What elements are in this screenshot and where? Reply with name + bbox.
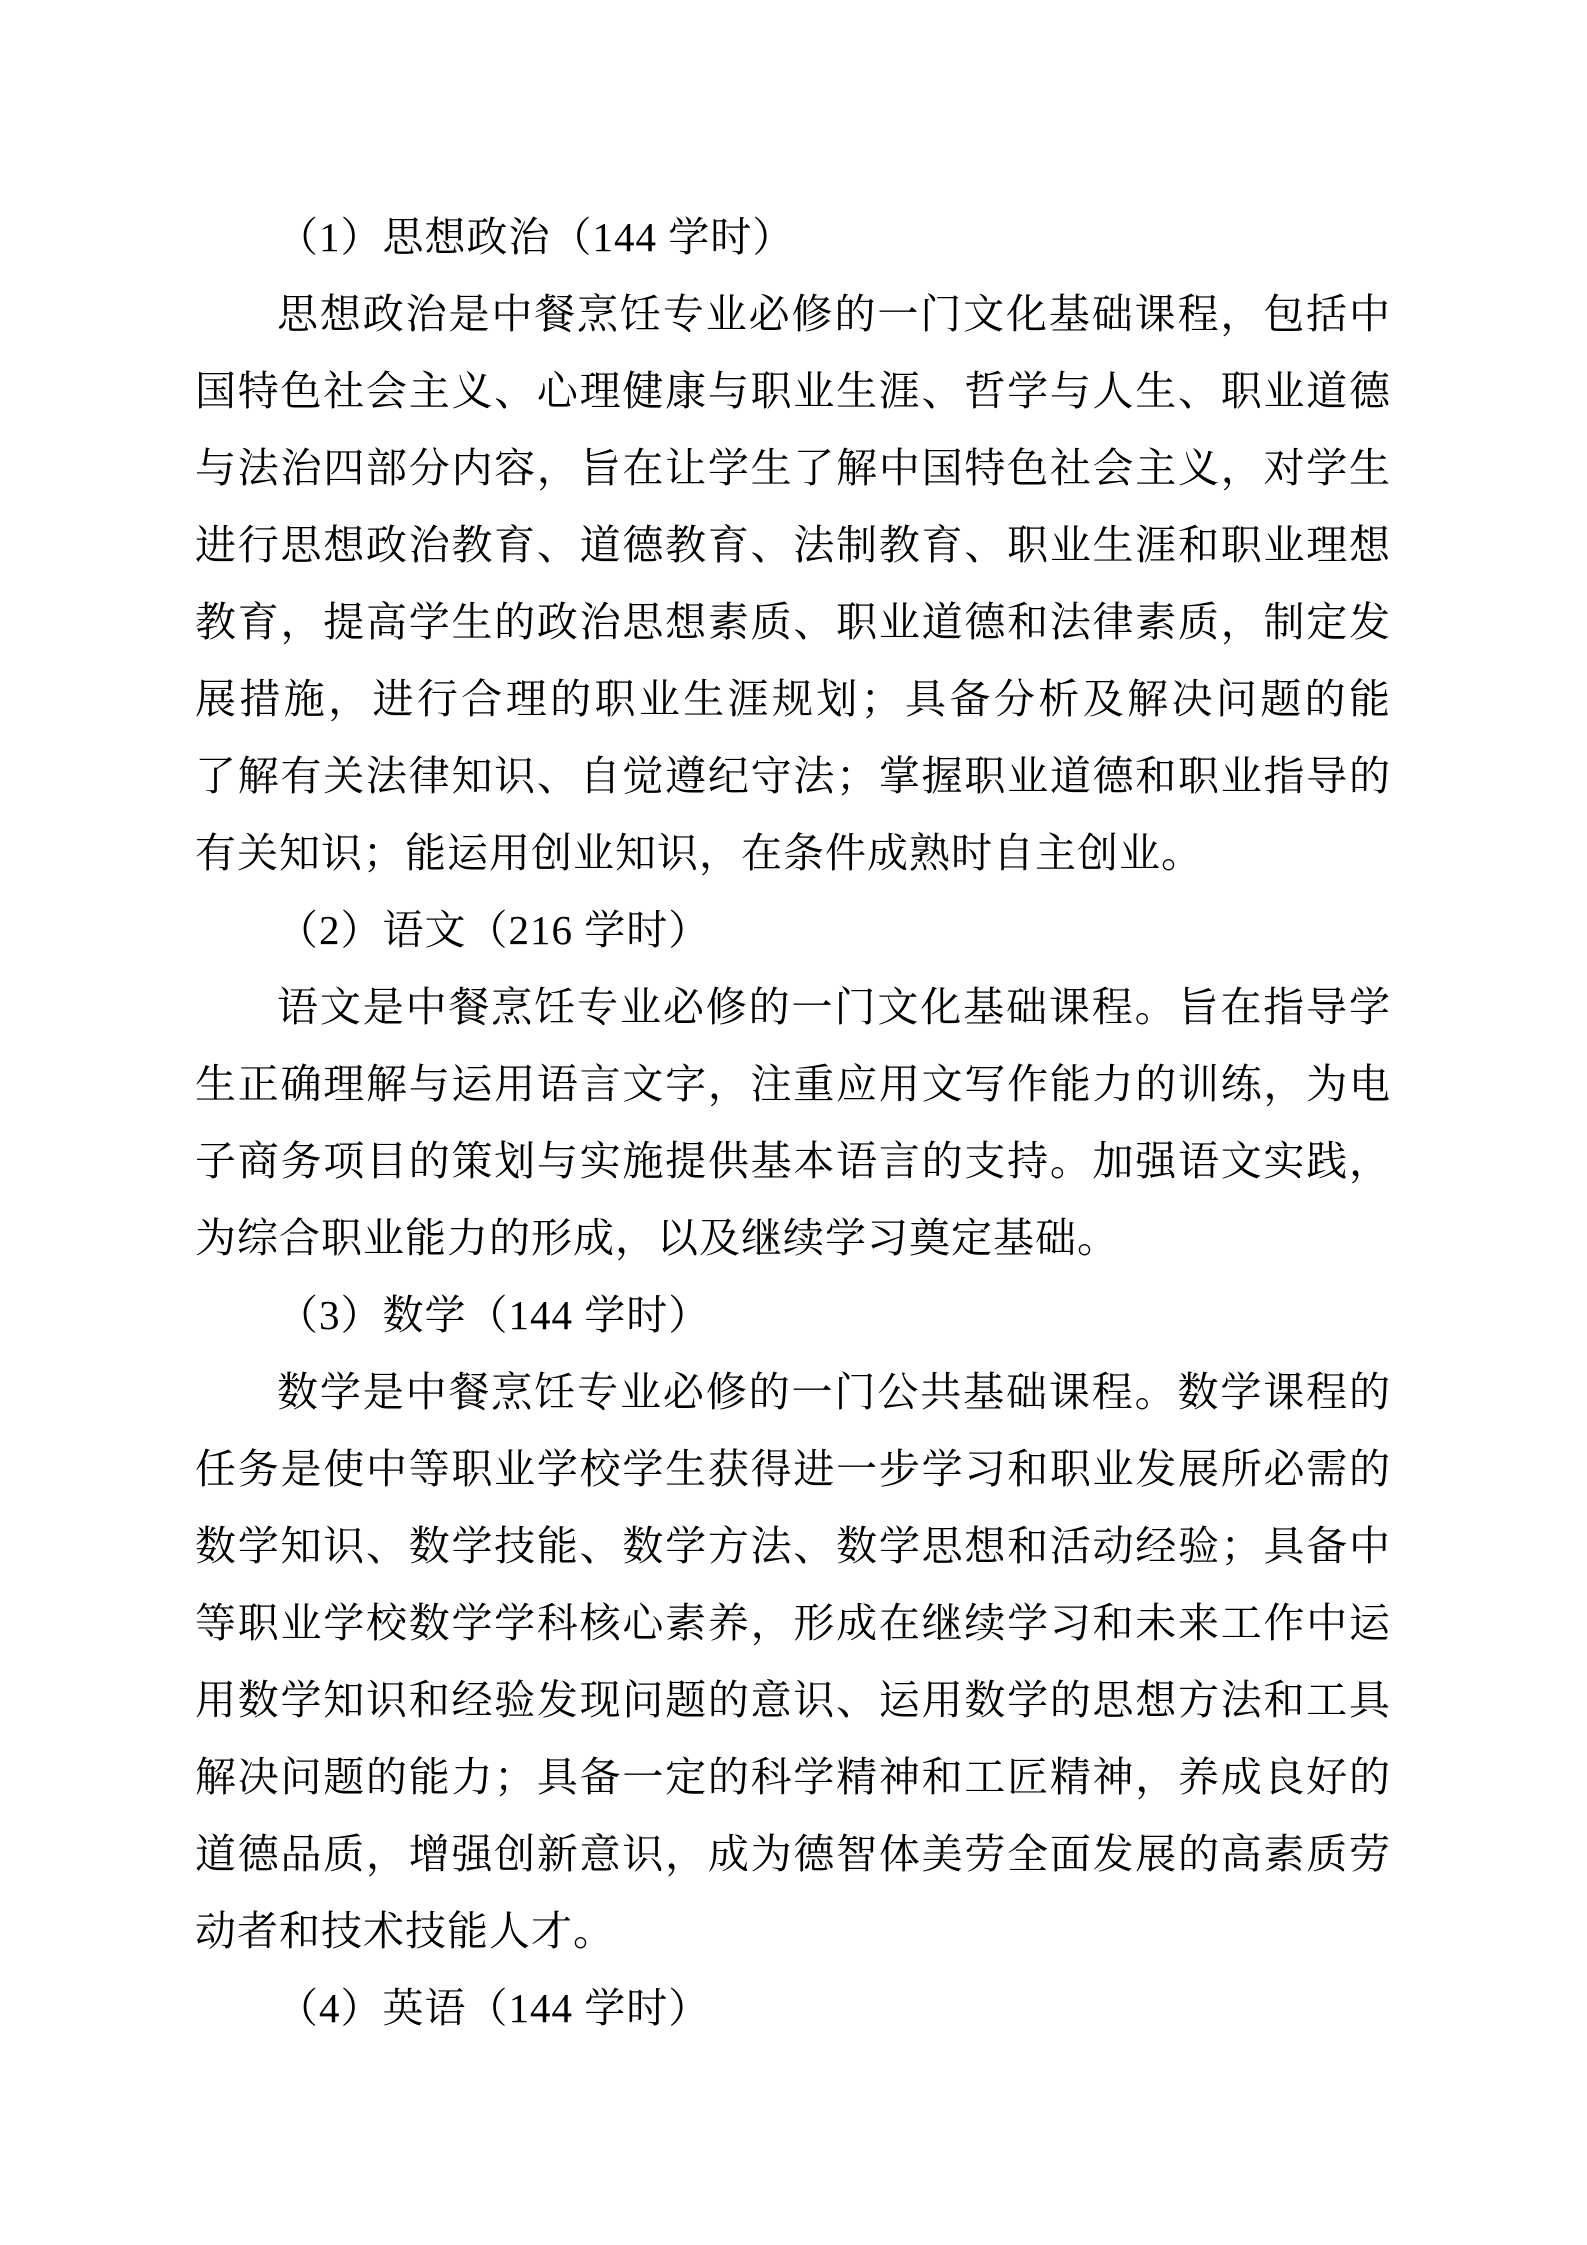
paragraph-line: 道德品质，增强创新意识，成为德智体美劳全面发展的高素质劳 (195, 1816, 1391, 1893)
paragraph-line: 数学知识、数学技能、数学方法、数学思想和活动经验；具备中 (195, 1508, 1391, 1585)
paragraph-line: 任务是使中等职业学校学生获得进一步学习和职业发展所必需的 (195, 1431, 1391, 1508)
paragraph-line: 数学是中餐烹饪专业必修的一门公共基础课程。数学课程的 (195, 1354, 1391, 1431)
paragraph-line: 国特色社会主义、心理健康与职业生涯、哲学与人生、职业道德 (195, 353, 1391, 430)
course-heading: （1）思想政治（144 学时） (195, 199, 1391, 276)
document-page: （1）思想政治（144 学时） 思想政治是中餐烹饪专业必修的一门文化基础课程，包… (0, 0, 1587, 2245)
section-shuxue: （3）数学（144 学时） 数学是中餐烹饪专业必修的一门公共基础课程。数学课程的… (195, 1277, 1391, 1970)
section-yingyu: （4）英语（144 学时） (195, 1970, 1391, 2047)
paragraph-line: 等职业学校数学学科核心素养，形成在继续学习和未来工作中运 (195, 1585, 1391, 1662)
paragraph-line: 动者和技术技能人才。 (195, 1893, 1391, 1970)
course-heading: （2）语文（216 学时） (195, 892, 1391, 969)
section-yuwen: （2）语文（216 学时） 语文是中餐烹饪专业必修的一门文化基础课程。旨在指导学… (195, 892, 1391, 1277)
paragraph-line: 解决问题的能力；具备一定的科学精神和工匠精神，养成良好的 (195, 1739, 1391, 1816)
course-heading: （3）数学（144 学时） (195, 1277, 1391, 1354)
paragraph-line: 与法治四部分内容，旨在让学生了解中国特色社会主义，对学生 (195, 430, 1391, 507)
paragraph-line: 为综合职业能力的形成，以及继续学习奠定基础。 (195, 1200, 1391, 1277)
paragraph-line: 思想政治是中餐烹饪专业必修的一门文化基础课程，包括中 (195, 276, 1391, 353)
paragraph-line: 有关知识；能运用创业知识，在条件成熟时自主创业。 (195, 815, 1391, 892)
course-heading: （4）英语（144 学时） (195, 1970, 1391, 2047)
paragraph-line: 用数学知识和经验发现问题的意识、运用数学的思想方法和工具 (195, 1662, 1391, 1739)
section-sixiangzhengzhi: （1）思想政治（144 学时） 思想政治是中餐烹饪专业必修的一门文化基础课程，包… (195, 199, 1391, 892)
paragraph-line: 子商务项目的策划与实施提供基本语言的支持。加强语文实践， (195, 1123, 1391, 1200)
paragraph-line: 生正确理解与运用语言文字，注重应用文写作能力的训练，为电 (195, 1046, 1391, 1123)
paragraph-line: 教育，提高学生的政治思想素质、职业道德和法律素质，制定发 (195, 584, 1391, 661)
paragraph-line: 了解有关法律知识、自觉遵纪守法；掌握职业道德和职业指导的 (195, 738, 1391, 815)
paragraph-line: 语文是中餐烹饪专业必修的一门文化基础课程。旨在指导学 (195, 969, 1391, 1046)
paragraph-line: 进行思想政治教育、道德教育、法制教育、职业生涯和职业理想 (195, 507, 1391, 584)
paragraph-line: 展措施，进行合理的职业生涯规划；具备分析及解决问题的能力； (195, 661, 1391, 738)
document-body: （1）思想政治（144 学时） 思想政治是中餐烹饪专业必修的一门文化基础课程，包… (195, 199, 1391, 2047)
